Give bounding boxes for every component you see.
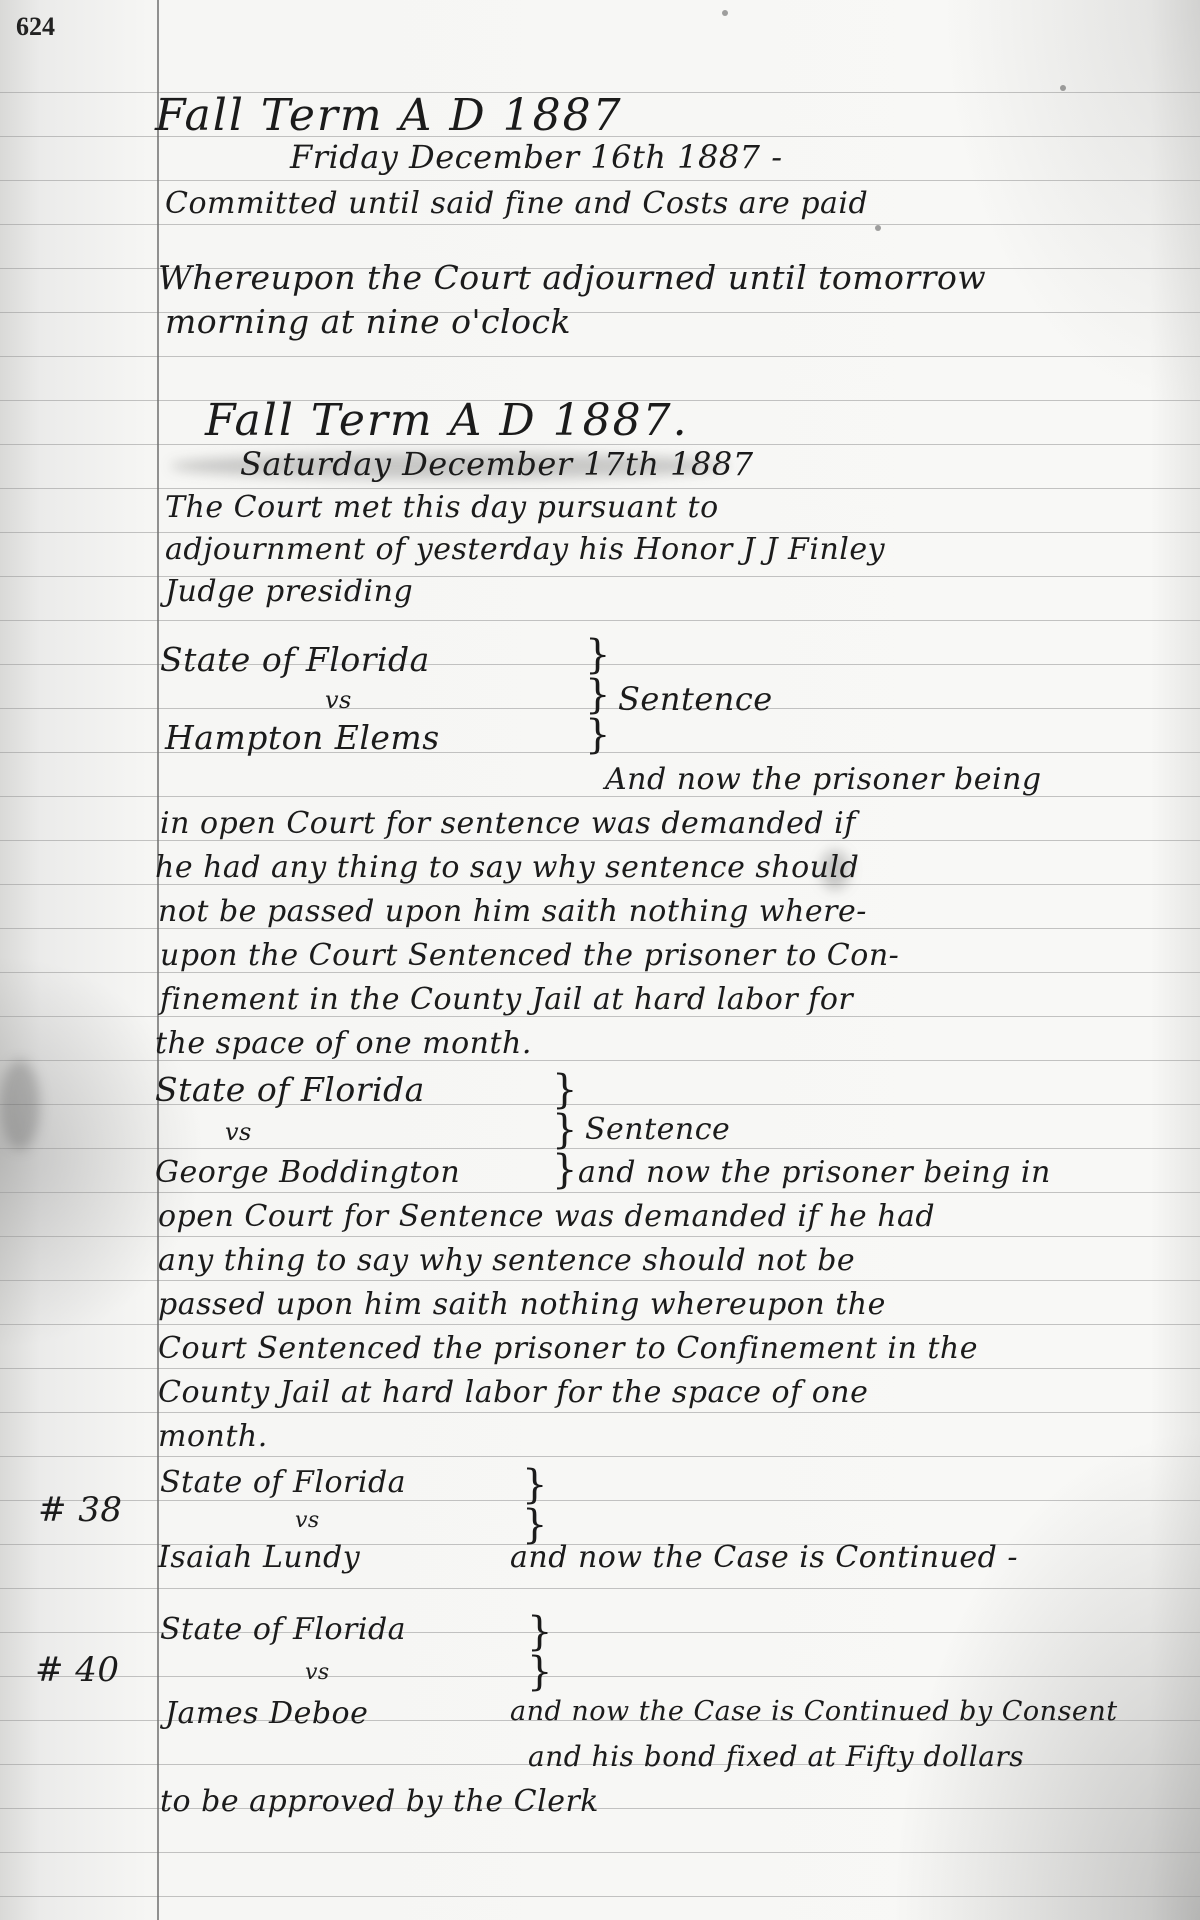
case-text-line: and now the prisoner being in — [578, 1155, 1051, 1190]
ink-speck — [722, 10, 728, 16]
term-heading: Fall Term A D 1887. — [205, 395, 689, 446]
adjournment-line: morning at nine o'clock — [165, 302, 571, 341]
brace-icon: } — [527, 1612, 552, 1652]
case-number: # 38 — [38, 1490, 123, 1530]
case-text-line: and now the Case is Continued by Consent — [510, 1696, 1118, 1727]
opening-line: adjournment of yesterday his Honor J J F… — [165, 532, 885, 567]
ruled-line — [0, 356, 1200, 357]
term-heading: Fall Term A D 1887 — [155, 90, 623, 141]
case-defendant: Isaiah Lundy — [158, 1540, 360, 1575]
ruled-line — [0, 1280, 1200, 1281]
opening-line: The Court met this day pursuant to — [165, 490, 719, 525]
case-defendant: George Boddington — [155, 1155, 460, 1190]
ruled-line — [0, 1192, 1200, 1193]
session-date: Saturday December 17th 1887 — [240, 445, 754, 483]
case-text-line: he had any thing to say why sentence sho… — [155, 850, 859, 885]
ruled-line — [0, 1236, 1200, 1237]
brace-icon: } — [552, 1110, 577, 1150]
case-action: Sentence — [585, 1112, 730, 1147]
case-text-line: upon the Court Sentenced the prisoner to… — [160, 938, 899, 973]
brace-icon: } — [552, 1150, 577, 1190]
brace-icon: } — [585, 715, 610, 755]
case-text-line: County Jail at hard labor for the space … — [158, 1375, 868, 1410]
case-text-line: in open Court for sentence was demanded … — [160, 806, 856, 841]
case-text-line: and his bond fixed at Fifty dollars — [528, 1740, 1024, 1773]
ink-speck — [875, 225, 881, 231]
page-number: 624 — [16, 12, 55, 42]
brace-icon: } — [552, 1070, 577, 1110]
case-vs: vs — [305, 1660, 330, 1685]
ruled-line — [0, 1324, 1200, 1325]
ruled-line — [0, 1896, 1200, 1897]
case-plaintiff: State of Florida — [160, 1465, 406, 1500]
ledger-page: 624 Fall Term A D 1887 Friday December 1… — [0, 0, 1200, 1920]
case-text-line: and now the Case is Continued - — [510, 1540, 1018, 1575]
brace-icon: } — [522, 1465, 547, 1505]
continuation-line: Committed until said fine and Costs are … — [165, 186, 868, 221]
ruled-line — [0, 1412, 1200, 1413]
brace-icon: } — [585, 675, 610, 715]
case-text-line: month. — [158, 1419, 268, 1454]
case-vs: vs — [225, 1118, 252, 1146]
case-text-line: not be passed upon him saith nothing whe… — [158, 894, 867, 929]
adjournment-line: Whereupon the Court adjourned until tomo… — [158, 258, 986, 297]
case-text-line: the space of one month. — [155, 1026, 532, 1061]
case-text-line: to be approved by the Clerk — [160, 1784, 599, 1819]
case-plaintiff: State of Florida — [155, 1070, 425, 1109]
ruled-line — [0, 620, 1200, 621]
ruled-line — [0, 488, 1200, 489]
ruled-line — [0, 1588, 1200, 1589]
case-defendant: James Deboe — [165, 1696, 368, 1731]
brace-icon: } — [527, 1652, 552, 1692]
case-text-line: finement in the County Jail at hard labo… — [160, 982, 853, 1017]
ruled-line — [0, 1148, 1200, 1149]
case-action: Sentence — [618, 680, 773, 718]
brace-icon: } — [585, 635, 610, 675]
ruled-line — [0, 224, 1200, 225]
ruled-line — [0, 1676, 1200, 1677]
case-text-line: And now the prisoner being — [605, 762, 1042, 797]
ruled-line — [0, 180, 1200, 181]
case-plaintiff: State of Florida — [160, 640, 430, 679]
brace-icon: } — [522, 1505, 547, 1545]
case-plaintiff: State of Florida — [160, 1612, 406, 1647]
opening-line: Judge presiding — [165, 574, 413, 609]
ink-speck — [1060, 85, 1066, 91]
case-vs: vs — [295, 1508, 320, 1533]
session-date: Friday December 16th 1887 - — [290, 138, 783, 176]
ruled-line — [0, 1852, 1200, 1853]
case-text-line: Court Sentenced the prisoner to Confinem… — [158, 1331, 978, 1366]
ruled-line — [0, 1456, 1200, 1457]
case-number: # 40 — [35, 1650, 120, 1690]
case-defendant: Hampton Elems — [165, 718, 440, 757]
case-vs: vs — [325, 686, 352, 714]
page-stain — [0, 1060, 40, 1150]
case-text-line: passed upon him saith nothing whereupon … — [158, 1287, 886, 1322]
ruled-line — [0, 1500, 1200, 1501]
ruled-line — [0, 1368, 1200, 1369]
case-text-line: open Court for Sentence was demanded if … — [158, 1199, 935, 1234]
case-text-line: any thing to say why sentence should not… — [158, 1243, 855, 1278]
